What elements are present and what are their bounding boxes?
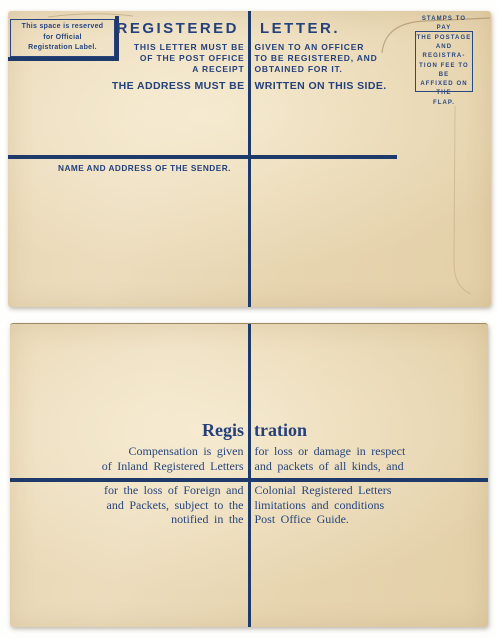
- stamp-box-text: FLAP.: [416, 99, 472, 108]
- front-horizontal-rule: [8, 155, 397, 159]
- back-text-line: for the loss of Foreign and Colonial Reg…: [10, 483, 488, 498]
- back-line-left: for the loss of Foreign and: [10, 483, 249, 498]
- back-line-right: Colonial Registered Letters: [249, 483, 489, 498]
- compensation-paragraph: Compensation is given for loss or damage…: [10, 444, 488, 473]
- back-line-right: and packets of all kinds, and: [249, 459, 489, 474]
- stamp-box-text: STAMPS TO PAY: [416, 15, 472, 34]
- back-line-left: of Inland Registered Letters: [10, 459, 249, 474]
- registered-envelope-front: This space is reserved for Official Regi…: [8, 11, 491, 307]
- heading-right: tration: [247, 420, 488, 441]
- back-line-left: notified in the: [10, 512, 249, 527]
- back-line-right: limitations and conditions: [249, 498, 489, 513]
- back-text-line: notified in the Post Office Guide.: [10, 512, 488, 527]
- stamp-box-text: AFFIXED ON THE: [416, 80, 472, 99]
- stamp-box-text: THE POSTAGE: [416, 34, 472, 43]
- stamp-box-text: TION FEE TO BE: [416, 62, 472, 81]
- stamp-box-text: AND REGISTRA-: [416, 43, 472, 62]
- back-text-line: and Packets, subject to the limitations …: [10, 498, 488, 513]
- title-left: REGISTERED: [8, 21, 255, 37]
- back-line-right: Post Office Guide.: [249, 512, 489, 527]
- stamp-instruction-box: STAMPS TO PAY THE POSTAGE AND REGISTRA- …: [415, 31, 473, 92]
- back-vertical-rule: [248, 324, 251, 627]
- instruction-left: THIS LETTER MUST BE: [8, 42, 250, 53]
- back-text-line: of Inland Registered Letters and packets…: [10, 459, 488, 474]
- back-line-right: for loss or damage in respect: [249, 444, 489, 459]
- instruction-left: OF THE POST OFFICE: [8, 53, 250, 64]
- sender-name-address-caption: NAME AND ADDRESS OF THE SENDER.: [58, 163, 231, 173]
- back-text-line: Compensation is given for loss or damage…: [10, 444, 488, 459]
- back-line-left: and Packets, subject to the: [10, 498, 249, 513]
- heading-left: Regis: [10, 420, 247, 441]
- instruction-left: A RECEIPT: [8, 64, 250, 75]
- back-line-left: Compensation is given: [10, 444, 249, 459]
- address-notice-left: THE ADDRESS MUST BE: [8, 80, 250, 93]
- registration-heading: Regis tration: [10, 420, 488, 441]
- registered-envelope-back: Regis tration Compensation is given for …: [10, 323, 488, 627]
- back-horizontal-rule: [10, 478, 488, 482]
- foreign-colonial-paragraph: for the loss of Foreign and Colonial Reg…: [10, 483, 488, 527]
